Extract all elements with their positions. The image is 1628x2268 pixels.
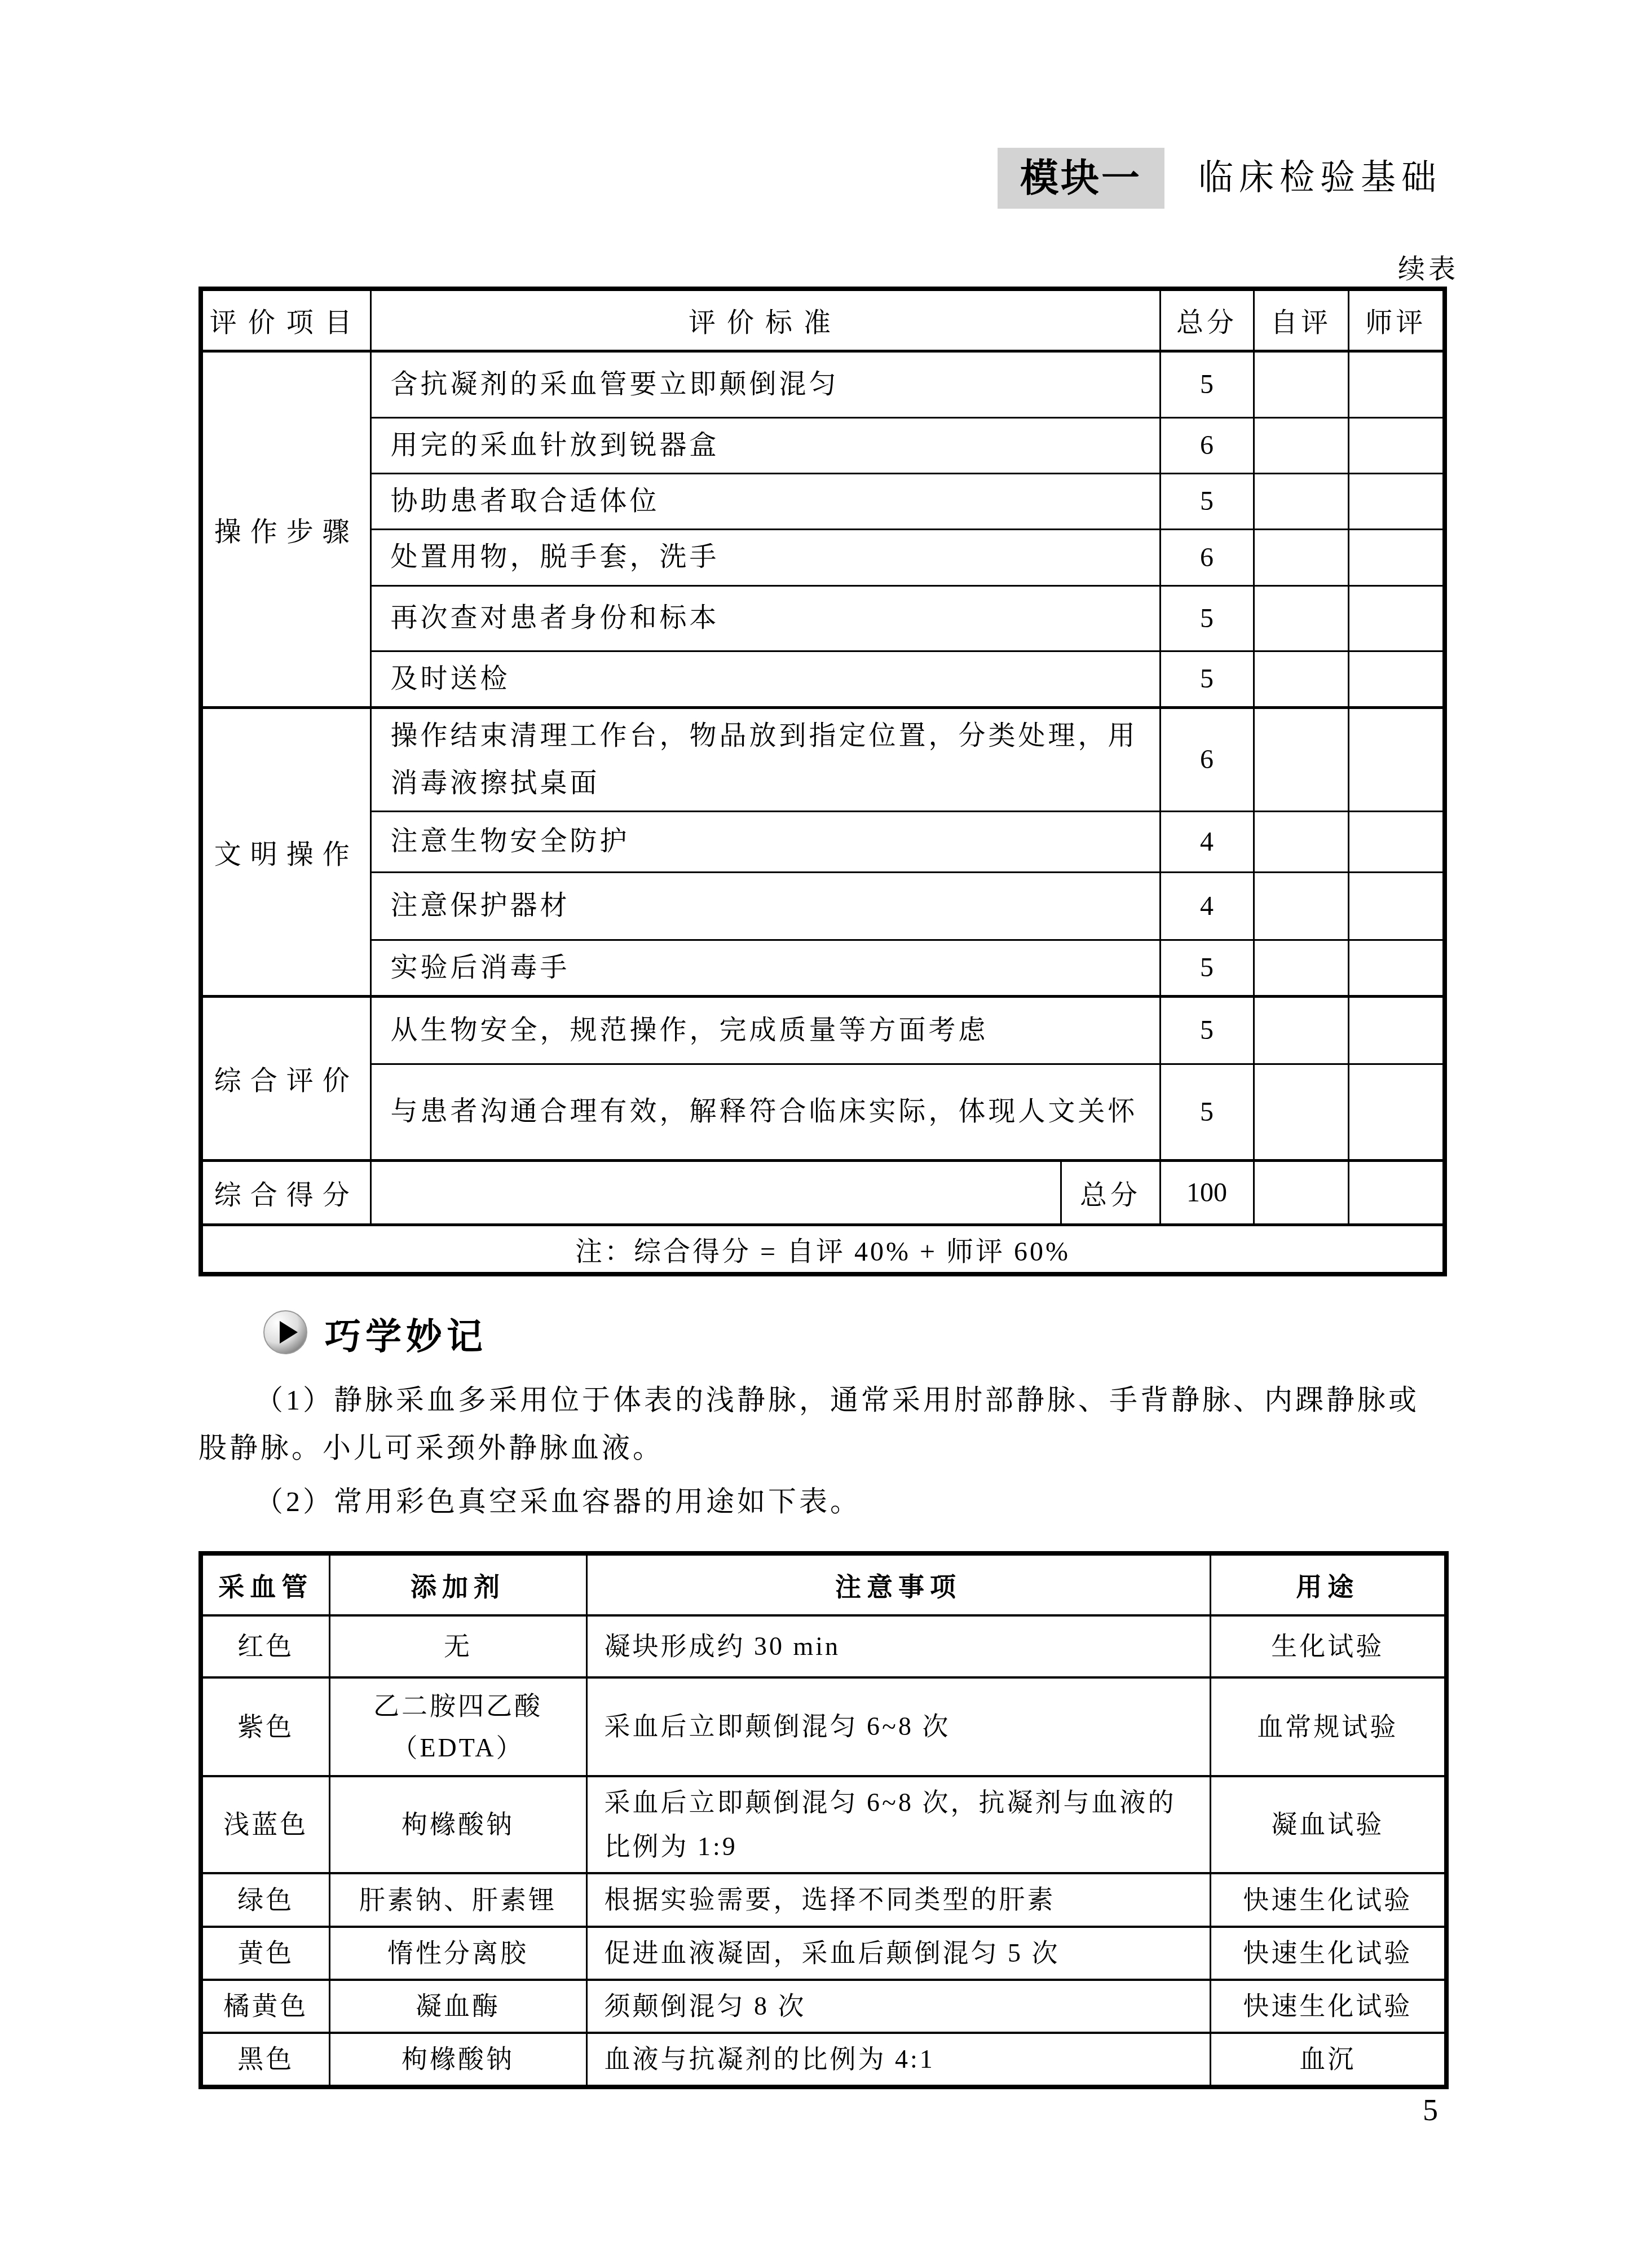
total-label-cell: 总分 [1061,1160,1160,1225]
table-row: 绿色 肝素钠、肝素锂 根据实验需要，选择不同类型的肝素 快速生化试验 [201,1873,1446,1926]
table-row: 用完的采血针放到锐器盒 6 [201,417,1445,473]
eval-category-cell: 操作步骤 [201,351,370,707]
teacher-eval-cell [1348,417,1445,473]
tube-color-cell: 黑色 [201,2033,329,2087]
table-header-row: 评价项目 评价标准 总分 自评 师评 [201,289,1445,351]
notes-cell: 须颠倒混匀 8 次 [586,1980,1210,2033]
eval-criteria-cell: 与患者沟通合理有效，解释符合临床实际，体现人文关怀 [370,1064,1160,1160]
eval-score-cell: 5 [1160,940,1254,996]
module-badge: 模块一 [998,148,1164,209]
eval-criteria-cell: 处置用物，脱手套，洗手 [370,529,1160,585]
column-header: 师评 [1348,289,1445,351]
self-eval-cell [1254,1160,1348,1225]
additive-cell: 惰性分离胶 [329,1927,586,1980]
total-score-row: 综合得分 总分 100 [201,1160,1445,1225]
eval-score-cell: 5 [1160,651,1254,707]
self-eval-cell [1254,417,1348,473]
use-cell: 快速生化试验 [1210,1927,1446,1980]
table-row: 紫色 乙二胺四乙酸（EDTA） 采血后立即颠倒混匀 6~8 次 血常规试验 [201,1677,1446,1776]
eval-score-cell: 5 [1160,585,1254,651]
teacher-eval-cell [1348,872,1445,940]
additive-cell: 枸橼酸钠 [329,2033,586,2087]
self-eval-cell [1254,707,1348,811]
teacher-eval-cell [1348,1160,1445,1225]
tube-color-cell: 绿色 [201,1873,329,1926]
book-page: 模块一 临床检验基础 续表 评价项目 评价标准 总分 自评 师评 操作步骤 含抗… [0,0,1628,2268]
use-cell: 生化试验 [1210,1615,1446,1677]
table-row: 实验后消毒手 5 [201,940,1445,996]
tips-paragraphs: （1）静脉采血多采用位于体表的浅静脉，通常采用肘部静脉、手背静脉、内踝静脉或股静… [198,1376,1445,1531]
page-header: 模块一 临床检验基础 [998,148,1442,209]
use-cell: 快速生化试验 [1210,1980,1446,2033]
table-row: 文明操作 操作结束清理工作台，物品放到指定位置，分类处理，用消毒液擦拭桌面 6 [201,707,1445,811]
column-header: 评价项目 [201,289,370,351]
notes-cell: 采血后立即颠倒混匀 6~8 次，抗凝剂与血液的比例为 1:9 [586,1776,1210,1873]
eval-criteria-cell: 注意保护器材 [370,872,1160,940]
use-cell: 血常规试验 [1210,1677,1446,1776]
teacher-eval-cell [1348,651,1445,707]
column-header: 用途 [1210,1553,1446,1615]
table-row: 橘黄色 凝血酶 须颠倒混匀 8 次 快速生化试验 [201,1980,1446,2033]
table-row: 综合评价 从生物安全，规范操作，完成质量等方面考虑 5 [201,996,1445,1064]
tube-color-cell: 黄色 [201,1927,329,1980]
score-formula-note: 注：综合得分 = 自评 40% + 师评 60% [201,1225,1445,1274]
page-number: 5 [1423,2093,1438,2128]
self-eval-cell [1254,351,1348,417]
tube-table: 采血管 添加剂 注意事项 用途 红色 无 凝块形成约 30 min 生化试验 紫… [198,1551,1449,2089]
table-row: 注意保护器材 4 [201,872,1445,940]
self-eval-cell [1254,1064,1348,1160]
table-row: 黄色 惰性分离胶 促进血液凝固，采血后颠倒混匀 5 次 快速生化试验 [201,1927,1446,1980]
eval-score-cell: 5 [1160,351,1254,417]
teacher-eval-cell [1348,1064,1445,1160]
self-eval-cell [1254,473,1348,529]
table-row: 再次查对患者身份和标本 5 [201,585,1445,651]
additive-cell: 肝素钠、肝素锂 [329,1873,586,1926]
total-value-cell: 100 [1160,1160,1254,1225]
table-row: 浅蓝色 枸橼酸钠 采血后立即颠倒混匀 6~8 次，抗凝剂与血液的比例为 1:9 … [201,1776,1446,1873]
evaluation-table: 评价项目 评价标准 总分 自评 师评 操作步骤 含抗凝剂的采血管要立即颠倒混匀 … [198,287,1447,1276]
teacher-eval-cell [1348,529,1445,585]
notes-cell: 促进血液凝固，采血后颠倒混匀 5 次 [586,1927,1210,1980]
eval-criteria-cell: 及时送检 [370,651,1160,707]
eval-score-cell: 6 [1160,417,1254,473]
eval-score-cell: 6 [1160,707,1254,811]
table-note-row: 注：综合得分 = 自评 40% + 师评 60% [201,1225,1445,1274]
use-cell: 凝血试验 [1210,1776,1446,1873]
table-row: 处置用物，脱手套，洗手 6 [201,529,1445,585]
additive-cell: 无 [329,1615,586,1677]
eval-category-cell: 综合得分 [201,1160,370,1225]
eval-criteria-cell: 协助患者取合适体位 [370,473,1160,529]
table-row: 注意生物安全防护 4 [201,811,1445,872]
eval-score-cell: 4 [1160,872,1254,940]
teacher-eval-cell [1348,811,1445,872]
table-row: 操作步骤 含抗凝剂的采血管要立即颠倒混匀 5 [201,351,1445,417]
teacher-eval-cell [1348,351,1445,417]
table-header-row: 采血管 添加剂 注意事项 用途 [201,1553,1446,1615]
tube-color-cell: 红色 [201,1615,329,1677]
column-header: 评价标准 [370,289,1160,351]
self-eval-cell [1254,585,1348,651]
self-eval-cell [1254,529,1348,585]
table-row: 协助患者取合适体位 5 [201,473,1445,529]
self-eval-cell [1254,940,1348,996]
eval-category-cell: 综合评价 [201,996,370,1160]
eval-category-cell: 文明操作 [201,707,370,996]
eval-criteria-cell: 含抗凝剂的采血管要立即颠倒混匀 [370,351,1160,417]
teacher-eval-cell [1348,473,1445,529]
self-eval-cell [1254,996,1348,1064]
column-header: 总分 [1160,289,1254,351]
notes-cell: 根据实验需要，选择不同类型的肝素 [586,1873,1210,1926]
continued-table-label: 续表 [1398,247,1459,286]
eval-score-cell: 6 [1160,529,1254,585]
eval-score-cell: 4 [1160,811,1254,872]
use-cell: 快速生化试验 [1210,1873,1446,1926]
teacher-eval-cell [1348,940,1445,996]
eval-criteria-cell: 再次查对患者身份和标本 [370,585,1160,651]
total-score-blank-cell [370,1160,1061,1225]
tube-color-cell: 紫色 [201,1677,329,1776]
use-cell: 血沉 [1210,2033,1446,2087]
additive-cell: 枸橼酸钠 [329,1776,586,1873]
play-icon [263,1310,308,1358]
tube-color-cell: 橘黄色 [201,1980,329,2033]
tip-paragraph: （1）静脉采血多采用位于体表的浅静脉，通常采用肘部静脉、手背静脉、内踝静脉或股静… [198,1376,1445,1472]
eval-score-cell: 5 [1160,996,1254,1064]
eval-score-cell: 5 [1160,1064,1254,1160]
column-header: 添加剂 [329,1553,586,1615]
self-eval-cell [1254,872,1348,940]
self-eval-cell [1254,651,1348,707]
teacher-eval-cell [1348,707,1445,811]
table-row: 及时送检 5 [201,651,1445,707]
notes-cell: 采血后立即颠倒混匀 6~8 次 [586,1677,1210,1776]
notes-cell: 血液与抗凝剂的比例为 4:1 [586,2033,1210,2087]
additive-cell: 凝血酶 [329,1980,586,2033]
self-eval-cell [1254,811,1348,872]
column-header: 采血管 [201,1553,329,1615]
notes-cell: 凝块形成约 30 min [586,1615,1210,1677]
teacher-eval-cell [1348,996,1445,1064]
column-header: 注意事项 [586,1553,1210,1615]
eval-criteria-cell: 操作结束清理工作台，物品放到指定位置，分类处理，用消毒液擦拭桌面 [370,707,1160,811]
tube-color-cell: 浅蓝色 [201,1776,329,1873]
eval-criteria-cell: 用完的采血针放到锐器盒 [370,417,1160,473]
eval-criteria-cell: 实验后消毒手 [370,940,1160,996]
eval-criteria-cell: 从生物安全，规范操作，完成质量等方面考虑 [370,996,1160,1064]
module-title: 临床检验基础 [1198,161,1442,196]
table-row: 黑色 枸橼酸钠 血液与抗凝剂的比例为 4:1 血沉 [201,2033,1446,2087]
tips-heading-text: 巧学妙记 [325,1307,487,1359]
additive-cell: 乙二胺四乙酸（EDTA） [329,1677,586,1776]
tip-paragraph: （2）常用彩色真空采血容器的用途如下表。 [198,1478,1445,1526]
eval-score-cell: 5 [1160,473,1254,529]
table-row: 红色 无 凝块形成约 30 min 生化试验 [201,1615,1446,1677]
eval-criteria-cell: 注意生物安全防护 [370,811,1160,872]
column-header: 自评 [1254,289,1348,351]
tips-section-heading: 巧学妙记 [263,1307,487,1359]
teacher-eval-cell [1348,585,1445,651]
table-row: 与患者沟通合理有效，解释符合临床实际，体现人文关怀 5 [201,1064,1445,1160]
